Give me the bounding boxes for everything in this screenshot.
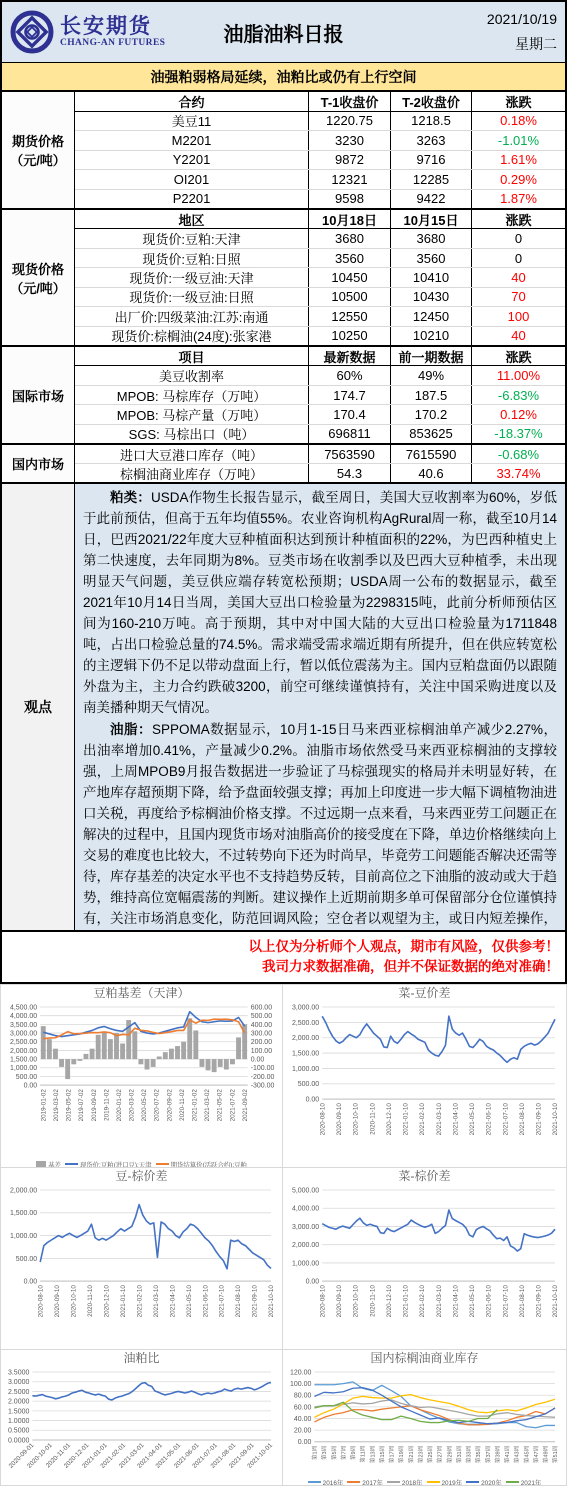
row-item-name: 现货价:棕榈油(24度):张家港: [75, 327, 308, 345]
svg-text:600.00: 600.00: [251, 1004, 273, 1011]
report-title: 油脂油料日报: [224, 18, 344, 47]
svg-text:2,500.00: 2,500.00: [10, 1039, 37, 1046]
chart-title: 油粕比: [1, 1350, 282, 1367]
svg-text:第13周: 第13周: [368, 1445, 376, 1463]
svg-text:2021-08-10: 2021-08-10: [519, 1285, 526, 1318]
chart-legend: 基差现货价:豆粕(进口豆):天津期货结算价(活跃合约):豆粕: [1, 1157, 282, 1168]
chart-soybean-meal-basis: 豆粕基差（天津）0.00500.001,000.001,500.002,000.…: [0, 985, 283, 1168]
table-row: P2201959894221.87%: [75, 189, 565, 209]
svg-text:2020-11-10: 2020-11-10: [369, 1285, 376, 1317]
row-item-name: OI201: [75, 170, 308, 189]
svg-text:2020-05-02: 2020-05-02: [141, 1089, 148, 1122]
svg-text:120.00: 120.00: [290, 1369, 312, 1376]
svg-text:2020-09-10: 2020-09-10: [336, 1103, 343, 1136]
svg-text:2021-01-10: 2021-01-10: [403, 1103, 410, 1136]
svg-text:2019-07-02: 2019-07-02: [78, 1089, 85, 1122]
svg-text:2020-12-10: 2020-12-10: [386, 1285, 393, 1318]
svg-text:第19周: 第19周: [397, 1445, 405, 1463]
svg-text:第37周: 第37周: [484, 1445, 492, 1463]
svg-text:100.00: 100.00: [290, 1381, 312, 1388]
viewpoint-paragraph: 粕类：USDA作物生长报告显示，截至周日，美国大豆收割率为60%，岁低于此前预估…: [83, 487, 557, 719]
svg-text:第47周: 第47周: [532, 1445, 540, 1463]
report-sheet: 长安期货 CHANG-AN FUTURES 油脂油料日报 2021/10/19 …: [0, 0, 567, 984]
table-row: 美豆111220.751218.50.18%: [75, 112, 565, 131]
row-item-name: 美豆11: [75, 112, 308, 131]
data-value: 3560: [308, 249, 390, 267]
svg-text:2021-10-10: 2021-10-10: [268, 1285, 275, 1318]
chart-oil-meal-ratio: 油粕比0.00000.50001.00001.50002.00002.50003…: [0, 1350, 283, 1486]
svg-text:2019-11-02: 2019-11-02: [103, 1089, 110, 1121]
company-logo: 长安期货 CHANG-AN FUTURES: [10, 10, 165, 54]
svg-text:500.00: 500.00: [16, 1256, 38, 1263]
legend-item: 期货结算价(活跃合约):豆粕: [156, 1160, 247, 1169]
data-value: 10500: [308, 288, 390, 306]
table-row: 现货价:一级豆油:日照105001043070: [75, 287, 565, 306]
svg-text:2021-06-10: 2021-06-10: [486, 1103, 493, 1136]
svg-text:第1周: 第1周: [311, 1445, 319, 1460]
svg-text:1,000.00: 1,000.00: [292, 1066, 319, 1073]
change-value: 0.18%: [471, 112, 565, 131]
data-value: 3263: [390, 131, 471, 150]
viewpoint-paragraph: 油脂：SPPOMA数据显示，10月1-15日马来西亚棕榈油单产减少2.27%，出…: [83, 719, 557, 930]
svg-text:1,500.00: 1,500.00: [10, 1057, 37, 1064]
company-name: 长安期货 CHANG-AN FUTURES: [60, 16, 165, 48]
svg-text:2020-08-10: 2020-08-10: [37, 1285, 44, 1318]
table-row: 美豆收割率60%49%11.00%: [75, 366, 565, 384]
svg-text:2,000.00: 2,000.00: [292, 1242, 319, 1249]
column-header: 涨跌: [471, 347, 565, 365]
svg-text:第25周: 第25周: [426, 1445, 434, 1463]
column-header: 最新数据: [308, 347, 390, 365]
column-header: 涨跌: [471, 92, 565, 111]
column-header: 项目: [75, 347, 308, 365]
svg-text:2019-03-02: 2019-03-02: [53, 1089, 60, 1122]
svg-text:0.00: 0.00: [24, 1279, 38, 1286]
svg-text:2020-07-02: 2020-07-02: [154, 1089, 161, 1122]
charts-grid: 豆粕基差（天津）0.00500.001,000.001,500.002,000.…: [0, 984, 567, 1485]
table-section: 国际市场项目最新数据前一期数据涨跌美豆收割率60%49%11.00%MPOB: …: [2, 345, 565, 443]
table-row: M220132303263-1.01%: [75, 130, 565, 150]
data-value: 170.2: [390, 405, 471, 423]
disclaimer: 以上仅为分析师个人观点，期市有风险，仅供参考！ 我司力求数据准确，但并不保证数据…: [2, 930, 565, 982]
svg-text:1,000.00: 1,000.00: [10, 1065, 37, 1072]
report-weekday: 星期二: [487, 32, 557, 57]
svg-text:第33周: 第33周: [465, 1445, 473, 1463]
row-item-name: 进口大豆港口库存（吨）: [75, 445, 308, 463]
change-value: 40: [471, 327, 565, 345]
svg-text:第41周: 第41周: [503, 1445, 511, 1463]
table-header-row: 地区10月18日10月15日涨跌: [75, 210, 565, 229]
data-value: 187.5: [390, 386, 471, 404]
svg-text:第11周: 第11周: [359, 1445, 367, 1462]
svg-text:2020-09-10: 2020-09-10: [54, 1285, 61, 1318]
svg-text:2021-07-10: 2021-07-10: [502, 1103, 509, 1136]
svg-text:2020-03-02: 2020-03-02: [129, 1089, 136, 1122]
legend-swatch: [387, 1481, 400, 1483]
svg-text:2020-12-10: 2020-12-10: [386, 1103, 393, 1136]
data-value: 10450: [308, 268, 390, 286]
table-row: MPOB: 马棕产量（万吨）170.4170.20.12%: [75, 404, 565, 423]
svg-text:第35周: 第35周: [474, 1445, 482, 1463]
viewpoint-section: 观点 粕类：USDA作物生长报告显示，截至周日，美国大豆收割率为60%，岁低于此…: [2, 482, 565, 930]
svg-text:2021-02-10: 2021-02-10: [419, 1285, 426, 1318]
svg-text:2021-09-10: 2021-09-10: [252, 1285, 259, 1318]
data-value: 7615590: [390, 445, 471, 463]
row-item-name: 现货价:豆粕:日照: [75, 249, 308, 267]
svg-text:2021-07-10: 2021-07-10: [219, 1285, 226, 1318]
svg-text:第5周: 第5周: [330, 1445, 338, 1460]
svg-text:2019-09-02: 2019-09-02: [91, 1089, 98, 1122]
svg-text:2021-05-02: 2021-05-02: [217, 1089, 224, 1122]
svg-text:第3周: 第3周: [320, 1445, 328, 1460]
row-item-name: 美豆收割率: [75, 366, 308, 384]
table-row: Y2201987297161.61%: [75, 150, 565, 170]
legend-swatch: [308, 1481, 321, 1483]
column-header: 10月15日: [390, 210, 471, 228]
svg-text:2020-08-10: 2020-08-10: [319, 1285, 326, 1318]
section-label: 国际市场: [2, 347, 75, 443]
company-logo-icon: [10, 10, 54, 54]
chart-title: 菜-棕价差: [283, 1168, 566, 1185]
row-item-name: 现货价:一级豆油:天津: [75, 268, 308, 286]
table-header-row: 项目最新数据前一期数据涨跌: [75, 347, 565, 366]
chart-canvas: 0.001,000.002,000.003,000.004,000.005,00…: [283, 1185, 564, 1348]
svg-text:2021-06-10: 2021-06-10: [202, 1285, 209, 1318]
svg-text:1,500.00: 1,500.00: [292, 1050, 319, 1057]
svg-text:0.00: 0.00: [298, 1439, 312, 1446]
legend-swatch: [36, 1161, 46, 1167]
svg-text:2020-11-10: 2020-11-10: [369, 1103, 376, 1135]
data-value: 3680: [390, 229, 471, 247]
chart-title: 菜-豆价差: [283, 985, 566, 1002]
svg-text:第39周: 第39周: [493, 1445, 501, 1463]
svg-text:80.00: 80.00: [294, 1393, 312, 1400]
svg-text:2021-09-10: 2021-09-10: [536, 1285, 543, 1318]
change-value: 100: [471, 307, 565, 325]
row-item-name: 现货价:一级豆油:日照: [75, 288, 308, 306]
svg-text:2020-09-02: 2020-09-02: [166, 1089, 173, 1122]
row-item-name: SGS: 马棕出口（吨）: [75, 425, 308, 443]
svg-text:2021-04-10: 2021-04-10: [452, 1103, 459, 1136]
change-value: 0.29%: [471, 170, 565, 189]
chart-rapeseed-soybean-spread: 菜-豆价差0.00500.001,000.001,500.002,000.002…: [283, 985, 567, 1168]
svg-text:2020-11-02: 2020-11-02: [179, 1089, 186, 1121]
svg-text:0.0000: 0.0000: [8, 1437, 30, 1444]
svg-text:2021-02-10: 2021-02-10: [419, 1103, 426, 1136]
svg-text:2021-08-10: 2021-08-10: [519, 1103, 526, 1136]
data-value: 40.6: [390, 464, 471, 482]
chart-canvas: 0.0020.0040.0060.0080.00100.00120.00第1周第…: [283, 1367, 564, 1470]
data-value: 3560: [390, 249, 471, 267]
svg-text:1.5000: 1.5000: [8, 1408, 30, 1415]
data-value: 7563590: [308, 445, 390, 463]
svg-text:2021-01-02: 2021-01-02: [191, 1089, 198, 1122]
svg-text:2019-05-02: 2019-05-02: [66, 1089, 73, 1122]
svg-text:第9周: 第9周: [349, 1445, 357, 1460]
chart-soybean-palm-spread: 豆-棕价差0.00500.001,000.001,500.002,000.002…: [0, 1168, 283, 1350]
svg-text:0.00: 0.00: [306, 1279, 320, 1286]
change-value: 0: [471, 229, 565, 247]
svg-text:第43周: 第43周: [513, 1445, 521, 1463]
svg-text:第51周: 第51周: [551, 1445, 559, 1463]
svg-text:1,500.00: 1,500.00: [10, 1210, 37, 1217]
data-value: 10410: [390, 268, 471, 286]
svg-text:2020-12-10: 2020-12-10: [103, 1285, 110, 1318]
svg-text:2020-10-10: 2020-10-10: [70, 1285, 77, 1318]
svg-text:0.00: 0.00: [24, 1083, 38, 1090]
legend-swatch: [427, 1481, 440, 1483]
data-value: 12450: [390, 307, 471, 325]
svg-text:2021-02-10: 2021-02-10: [136, 1285, 143, 1318]
svg-text:4,000.00: 4,000.00: [10, 1013, 37, 1020]
row-item-name: MPOB: 马棕产量（万吨）: [75, 405, 308, 423]
table-row: 现货价:棕榈油(24度):张家港102501021040: [75, 326, 565, 345]
data-value: 12285: [390, 170, 471, 189]
change-value: 40: [471, 268, 565, 286]
row-item-name: 出厂价:四级菜油:江苏:南通: [75, 307, 308, 325]
svg-text:2021-05-10: 2021-05-10: [469, 1285, 476, 1318]
svg-text:20.00: 20.00: [294, 1428, 312, 1435]
svg-text:第7周: 第7周: [339, 1445, 347, 1460]
svg-text:3,000.00: 3,000.00: [292, 1224, 319, 1231]
table-header-row: 合约T-1收盘价T-2收盘价涨跌: [75, 92, 565, 112]
report-header: 长安期货 CHANG-AN FUTURES 油脂油料日报 2021/10/19 …: [2, 2, 565, 62]
svg-text:2021-09-02: 2021-09-02: [242, 1089, 249, 1122]
legend-label: 现货价:豆粕(进口豆):天津: [80, 1160, 152, 1169]
svg-text:500.00: 500.00: [251, 1013, 273, 1020]
chart-title: 国内棕榈油商业库存: [283, 1350, 566, 1367]
data-table: 期货价格（元/吨）合约T-1收盘价T-2收盘价涨跌美豆111220.751218…: [2, 90, 565, 482]
svg-text:2021-06-10: 2021-06-10: [486, 1285, 493, 1318]
svg-text:-300.00: -300.00: [251, 1083, 275, 1090]
svg-text:-100.00: -100.00: [251, 1065, 275, 1072]
table-row: 现货价:豆粕:日照356035600: [75, 248, 565, 267]
svg-text:200.00: 200.00: [251, 1039, 273, 1046]
table-row: 现货价:一级豆油:天津104501041040: [75, 267, 565, 286]
data-value: 9422: [390, 190, 471, 209]
svg-text:2020-09-10: 2020-09-10: [336, 1285, 343, 1318]
change-value: 0.12%: [471, 405, 565, 423]
data-value: 12550: [308, 307, 390, 325]
company-name-en: CHANG-AN FUTURES: [60, 38, 165, 48]
data-value: 12321: [308, 170, 390, 189]
svg-text:3,500.00: 3,500.00: [10, 1022, 37, 1029]
svg-text:2021-03-10: 2021-03-10: [153, 1285, 160, 1318]
column-header: 前一期数据: [390, 347, 471, 365]
svg-text:2021-03-10: 2021-03-10: [436, 1103, 443, 1136]
viewpoint-label: 观点: [2, 484, 75, 930]
column-header: 涨跌: [471, 210, 565, 228]
svg-text:40.00: 40.00: [294, 1416, 312, 1423]
row-item-name: P2201: [75, 190, 308, 209]
table-row: MPOB: 马棕库存（万吨）174.7187.5-6.83%: [75, 385, 565, 404]
legend-swatch: [347, 1481, 360, 1483]
legend-item: 基差: [36, 1160, 61, 1169]
svg-text:2021-08-10: 2021-08-10: [235, 1285, 242, 1318]
chart-canvas: 0.00500.001,000.001,500.002,000.002020-0…: [1, 1185, 280, 1348]
row-item-name: 现货价:豆粕:天津: [75, 229, 308, 247]
svg-text:2.0000: 2.0000: [8, 1399, 30, 1406]
table-section: 现货价格（元/吨）地区10月18日10月15日涨跌现货价:豆粕:天津368036…: [2, 208, 565, 345]
svg-text:3.0000: 3.0000: [8, 1379, 30, 1386]
column-header: T-2收盘价: [390, 92, 471, 111]
data-value: 9872: [308, 151, 390, 170]
svg-text:1,000.00: 1,000.00: [292, 1260, 319, 1267]
svg-text:4,500.00: 4,500.00: [10, 1004, 37, 1011]
company-name-cn: 长安期货: [60, 16, 165, 38]
legend-label: 基差: [48, 1160, 61, 1169]
svg-text:3,000.00: 3,000.00: [292, 1004, 319, 1011]
table-row: SGS: 马棕出口（吨）696811853625-18.37%: [75, 424, 565, 443]
svg-text:2020-01-02: 2020-01-02: [116, 1089, 123, 1122]
table-row: OI20112321122850.29%: [75, 169, 565, 189]
table-section: 期货价格（元/吨）合约T-1收盘价T-2收盘价涨跌美豆111220.751218…: [2, 90, 565, 208]
svg-text:2021-09-10: 2021-09-10: [536, 1103, 543, 1136]
report-date: 2021/10/19: [487, 7, 557, 32]
table-section: 国内市场进口大豆港口库存（吨）75635907615590-0.68%棕榈油商业…: [2, 443, 565, 482]
svg-text:2,000.00: 2,000.00: [10, 1048, 37, 1055]
section-label: 国内市场: [2, 445, 75, 482]
report-date-block: 2021/10/19 星期二: [487, 7, 557, 57]
svg-text:2021-01-10: 2021-01-10: [403, 1285, 410, 1318]
data-value: 9598: [308, 190, 390, 209]
svg-text:2020-08-10: 2020-08-10: [319, 1103, 326, 1136]
data-value: 174.7: [308, 386, 390, 404]
svg-text:第15周: 第15周: [378, 1445, 386, 1463]
data-value: 9716: [390, 151, 471, 170]
svg-text:第23周: 第23周: [416, 1445, 424, 1463]
svg-text:500.00: 500.00: [298, 1081, 320, 1088]
svg-text:2020-11-10: 2020-11-10: [87, 1285, 94, 1317]
table-row: 现货价:豆粕:天津368036800: [75, 229, 565, 247]
data-value: 696811: [308, 425, 390, 443]
svg-text:100.00: 100.00: [251, 1048, 273, 1055]
section-label: 现货价格（元/吨）: [2, 210, 75, 345]
column-header: 地区: [75, 210, 308, 228]
svg-text:2021-10-10: 2021-10-10: [552, 1103, 559, 1136]
svg-text:500.00: 500.00: [16, 1074, 38, 1081]
svg-text:0.5000: 0.5000: [8, 1428, 30, 1435]
column-header: T-1收盘价: [308, 92, 390, 111]
svg-text:第31周: 第31周: [455, 1445, 463, 1463]
svg-text:1.0000: 1.0000: [8, 1418, 30, 1425]
legend-swatch: [466, 1481, 479, 1483]
svg-text:2,000.00: 2,000.00: [10, 1187, 37, 1194]
svg-text:2021-04-10: 2021-04-10: [452, 1285, 459, 1318]
svg-text:第29周: 第29周: [445, 1445, 453, 1463]
svg-text:3,000.00: 3,000.00: [10, 1030, 37, 1037]
svg-text:2021-10-10: 2021-10-10: [552, 1285, 559, 1318]
svg-text:60.00: 60.00: [294, 1404, 312, 1411]
change-value: -18.37%: [471, 425, 565, 443]
change-value: 0: [471, 249, 565, 267]
row-item-name: M2201: [75, 131, 308, 150]
svg-text:2021-07-02: 2021-07-02: [229, 1089, 236, 1122]
legend-swatch: [156, 1163, 169, 1165]
table-row: 棕榈油商业库存（万吨）54.340.633.74%: [75, 463, 565, 482]
svg-text:0.00: 0.00: [306, 1097, 320, 1104]
chart-domestic-palm-oil-inventory: 国内棕榈油商业库存0.0020.0040.0060.0080.00100.001…: [283, 1350, 567, 1486]
data-value: 49%: [390, 366, 471, 384]
svg-text:第17周: 第17周: [388, 1445, 396, 1463]
disclaimer-line-2: 我司力求数据准确，但并不保证数据的绝对准确！: [262, 957, 559, 977]
svg-text:第27周: 第27周: [436, 1445, 444, 1463]
svg-text:2021-04-10: 2021-04-10: [169, 1285, 176, 1318]
data-value: 10250: [308, 327, 390, 345]
change-value: -6.83%: [471, 386, 565, 404]
chart-legend: 2016年2017年2018年2019年2020年2021年: [283, 1475, 566, 1486]
change-value: -1.01%: [471, 131, 565, 150]
column-header: 合约: [75, 92, 308, 111]
disclaimer-line-1: 以上仅为分析师个人观点，期市有风险，仅供参考！: [249, 937, 560, 957]
summary-banner: 油强粕弱格局延续，油粕比或仍有上行空间: [2, 62, 565, 90]
svg-text:400.00: 400.00: [251, 1022, 273, 1029]
chart-canvas: 0.00500.001,000.001,500.002,000.002,500.…: [1, 1002, 280, 1152]
legend-swatch: [65, 1163, 78, 1165]
table-row: 出厂价:四级菜油:江苏:南通1255012450100: [75, 306, 565, 325]
table-row: 进口大豆港口库存（吨）75635907615590-0.68%: [75, 445, 565, 463]
data-value: 170.4: [308, 405, 390, 423]
svg-text:2021-07-10: 2021-07-10: [502, 1285, 509, 1318]
change-value: 1.87%: [471, 190, 565, 209]
data-value: 1220.75: [308, 112, 390, 131]
row-item-name: MPOB: 马棕库存（万吨）: [75, 386, 308, 404]
section-label: 期货价格（元/吨）: [2, 92, 75, 208]
column-header: 10月18日: [308, 210, 390, 228]
svg-text:2.5000: 2.5000: [8, 1389, 30, 1396]
svg-text:2021-03-10: 2021-03-10: [436, 1285, 443, 1318]
change-value: 33.74%: [471, 464, 565, 482]
svg-text:2020-10-10: 2020-10-10: [353, 1103, 360, 1136]
svg-text:2020-10-10: 2020-10-10: [353, 1285, 360, 1318]
data-value: 60%: [308, 366, 390, 384]
data-value: 853625: [390, 425, 471, 443]
data-value: 3230: [308, 131, 390, 150]
chart-title: 豆粕基差（天津）: [1, 985, 282, 1002]
svg-text:-200.00: -200.00: [251, 1074, 275, 1081]
row-item-name: 棕榈油商业库存（万吨）: [75, 464, 308, 482]
report-page: 长安期货 CHANG-AN FUTURES 油脂油料日报 2021/10/19 …: [0, 0, 567, 1485]
svg-text:2021-05-10: 2021-05-10: [469, 1103, 476, 1136]
row-item-name: Y2201: [75, 151, 308, 170]
chart-canvas: 0.00000.50001.00001.50002.00002.50003.00…: [1, 1367, 280, 1484]
svg-text:4,000.00: 4,000.00: [292, 1206, 319, 1213]
svg-text:3.5000: 3.5000: [8, 1369, 30, 1376]
change-value: -0.68%: [471, 445, 565, 463]
chart-rapeseed-palm-spread: 菜-棕价差0.001,000.002,000.003,000.004,000.0…: [283, 1168, 567, 1350]
chart-title: 豆-棕价差: [1, 1168, 282, 1185]
legend-label: 期货结算价(活跃合约):豆粕: [171, 1160, 247, 1169]
viewpoint-body: 粕类：USDA作物生长报告显示，截至周日，美国大豆收割率为60%，岁低于此前预估…: [75, 484, 565, 930]
change-value: 1.61%: [471, 151, 565, 170]
data-value: 10430: [390, 288, 471, 306]
svg-text:5,000.00: 5,000.00: [292, 1187, 319, 1194]
data-value: 3680: [308, 229, 390, 247]
svg-text:第21周: 第21周: [407, 1445, 415, 1463]
data-value: 10210: [390, 327, 471, 345]
svg-text:1,000.00: 1,000.00: [10, 1233, 37, 1240]
data-value: 1218.5: [390, 112, 471, 131]
legend-swatch: [506, 1481, 519, 1483]
svg-text:300.00: 300.00: [251, 1030, 273, 1037]
svg-text:0.00: 0.00: [251, 1057, 265, 1064]
svg-text:2021-05-10: 2021-05-10: [186, 1285, 193, 1318]
chart-canvas: 0.00500.001,000.001,500.002,000.002,500.…: [283, 1002, 564, 1166]
data-value: 54.3: [308, 464, 390, 482]
svg-text:第45周: 第45周: [522, 1445, 530, 1463]
change-value: 11.00%: [471, 366, 565, 384]
svg-text:2019-01-02: 2019-01-02: [40, 1089, 47, 1122]
